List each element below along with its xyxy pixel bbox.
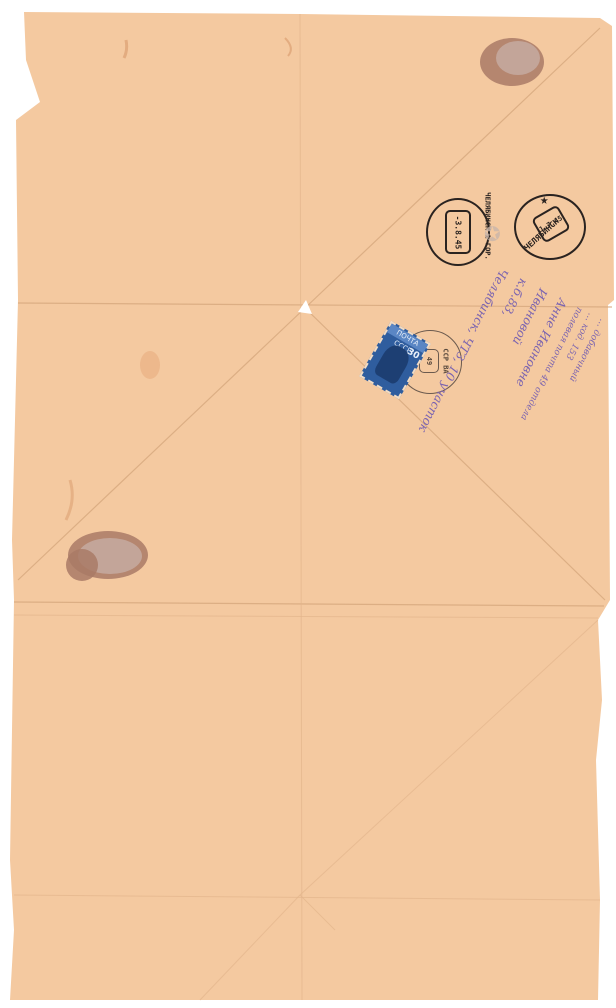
postmark-date: -3.8.45: [445, 210, 471, 254]
star-icon: ★: [540, 192, 548, 208]
letter-sheet: [0, 0, 616, 1008]
paper-background: [0, 0, 616, 1008]
faint-star-mark-icon: ✪: [484, 222, 501, 246]
city-postmark-right: ЧЕЛЯБИНСК 1.7.45 ★: [514, 194, 586, 260]
city-postmark-left: ЧЕЛЯБИНСК 1 ГОР. -3.8.45: [426, 198, 490, 266]
